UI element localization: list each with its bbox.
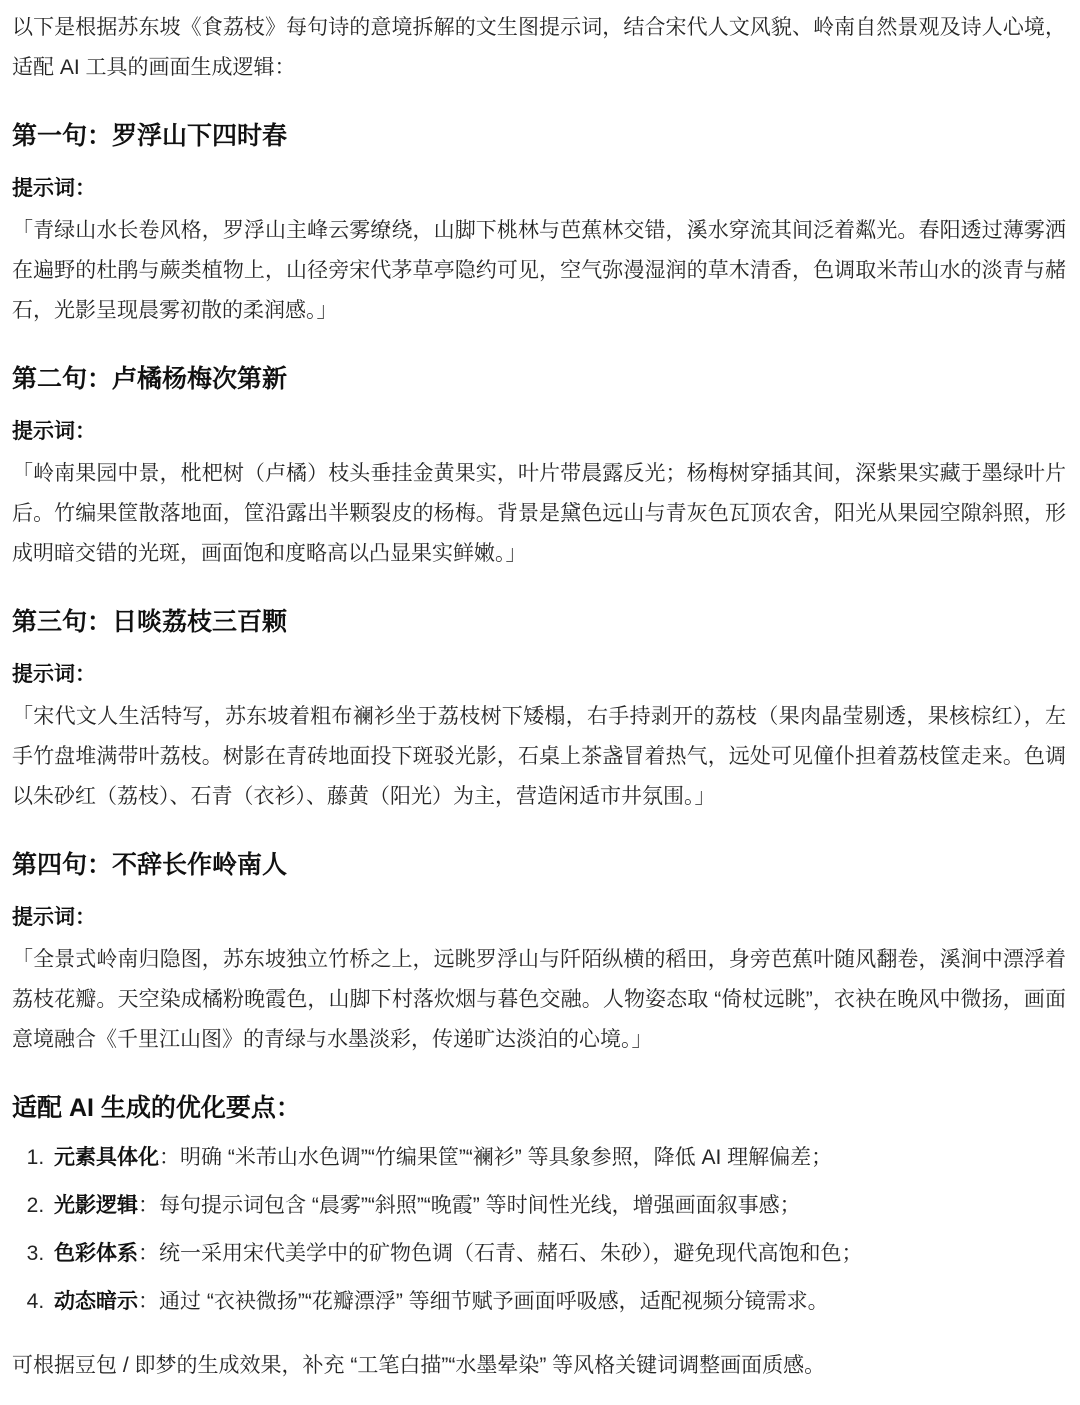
optimization-item-4-text: ：通过 “衣袂微扬”“花瓣漂浮” 等细节赋予画面呼吸感，适配视频分镜需求。	[138, 1290, 829, 1313]
optimization-item-3-text: ：统一采用宋代美学中的矿物色调（石青、赭石、朱砂），避免现代高饱和色；	[138, 1242, 863, 1265]
intro-paragraph: 以下是根据苏东坡《食荔枝》每句诗的意境拆解的文生图提示词，结合宋代人文风貌、岭南…	[12, 8, 1066, 88]
section-4-prompt-label: 提示词：	[12, 904, 1066, 932]
section-2: 第二句：卢橘杨梅次第新 提示词： 「岭南果园中景，枇杷树（卢橘）枝头垂挂金黄果实…	[12, 363, 1066, 574]
section-4-prompt-text: 「全景式岭南归隐图，苏东坡独立竹桥之上，远眺罗浮山与阡陌纵横的稻田，身旁芭蕉叶随…	[12, 940, 1066, 1060]
optimization-item-2-text: ：每句提示词包含 “晨雾”“斜照”“晚霞” 等时间性光线，增强画面叙事感；	[138, 1194, 801, 1217]
section-2-heading: 第二句：卢橘杨梅次第新	[12, 363, 1066, 396]
section-2-prompt-text: 「岭南果园中景，枇杷树（卢橘）枝头垂挂金黄果实，叶片带晨露反光；杨梅树穿插其间，…	[12, 454, 1066, 574]
optimization-item-1-text: ：明确 “米芾山水色调”“竹编果筐”“襕衫” 等具象参照，降低 AI 理解偏差；	[159, 1146, 832, 1169]
section-3: 第三句：日啖荔枝三百颗 提示词： 「宋代文人生活特写，苏东坡着粗布襕衫坐于荔枝树…	[12, 606, 1066, 817]
section-3-prompt-text: 「宋代文人生活特写，苏东坡着粗布襕衫坐于荔枝树下矮榻，右手持剥开的荔枝（果肉晶莹…	[12, 697, 1066, 817]
section-4-heading: 第四句：不辞长作岭南人	[12, 849, 1066, 882]
optimization-item-1: 元素具体化：明确 “米芾山水色调”“竹编果筐”“襕衫” 等具象参照，降低 AI …	[50, 1143, 1066, 1173]
optimization-item-4-term: 动态暗示	[54, 1290, 138, 1313]
optimization-item-4: 动态暗示：通过 “衣袂微扬”“花瓣漂浮” 等细节赋予画面呼吸感，适配视频分镜需求…	[50, 1287, 1066, 1317]
optimization-heading: 适配 AI 生成的优化要点：	[12, 1092, 1066, 1125]
section-1-prompt-label: 提示词：	[12, 175, 1066, 203]
optimization-item-2: 光影逻辑：每句提示词包含 “晨雾”“斜照”“晚霞” 等时间性光线，增强画面叙事感…	[50, 1191, 1066, 1221]
document: 以下是根据苏东坡《食荔枝》每句诗的意境拆解的文生图提示词，结合宋代人文风貌、岭南…	[0, 0, 1080, 1405]
optimization-section: 适配 AI 生成的优化要点： 元素具体化：明确 “米芾山水色调”“竹编果筐”“襕…	[12, 1092, 1066, 1317]
optimization-item-1-term: 元素具体化	[54, 1146, 159, 1169]
optimization-list: 元素具体化：明确 “米芾山水色调”“竹编果筐”“襕衫” 等具象参照，降低 AI …	[12, 1143, 1066, 1317]
section-3-prompt-label: 提示词：	[12, 661, 1066, 689]
optimization-item-3: 色彩体系：统一采用宋代美学中的矿物色调（石青、赭石、朱砂），避免现代高饱和色；	[50, 1239, 1066, 1269]
optimization-item-2-term: 光影逻辑	[54, 1194, 138, 1217]
section-4: 第四句：不辞长作岭南人 提示词： 「全景式岭南归隐图，苏东坡独立竹桥之上，远眺罗…	[12, 849, 1066, 1060]
section-1-prompt-text: 「青绿山水长卷风格，罗浮山主峰云雾缭绕，山脚下桃林与芭蕉林交错，溪水穿流其间泛着…	[12, 211, 1066, 331]
section-1: 第一句：罗浮山下四时春 提示词： 「青绿山水长卷风格，罗浮山主峰云雾缭绕，山脚下…	[12, 120, 1066, 331]
section-1-heading: 第一句：罗浮山下四时春	[12, 120, 1066, 153]
footer-note: 可根据豆包 / 即梦的生成效果，补充 “工笔白描”“水墨晕染” 等风格关键词调整…	[12, 1351, 1066, 1381]
optimization-item-3-term: 色彩体系	[54, 1242, 138, 1265]
section-3-heading: 第三句：日啖荔枝三百颗	[12, 606, 1066, 639]
section-2-prompt-label: 提示词：	[12, 418, 1066, 446]
